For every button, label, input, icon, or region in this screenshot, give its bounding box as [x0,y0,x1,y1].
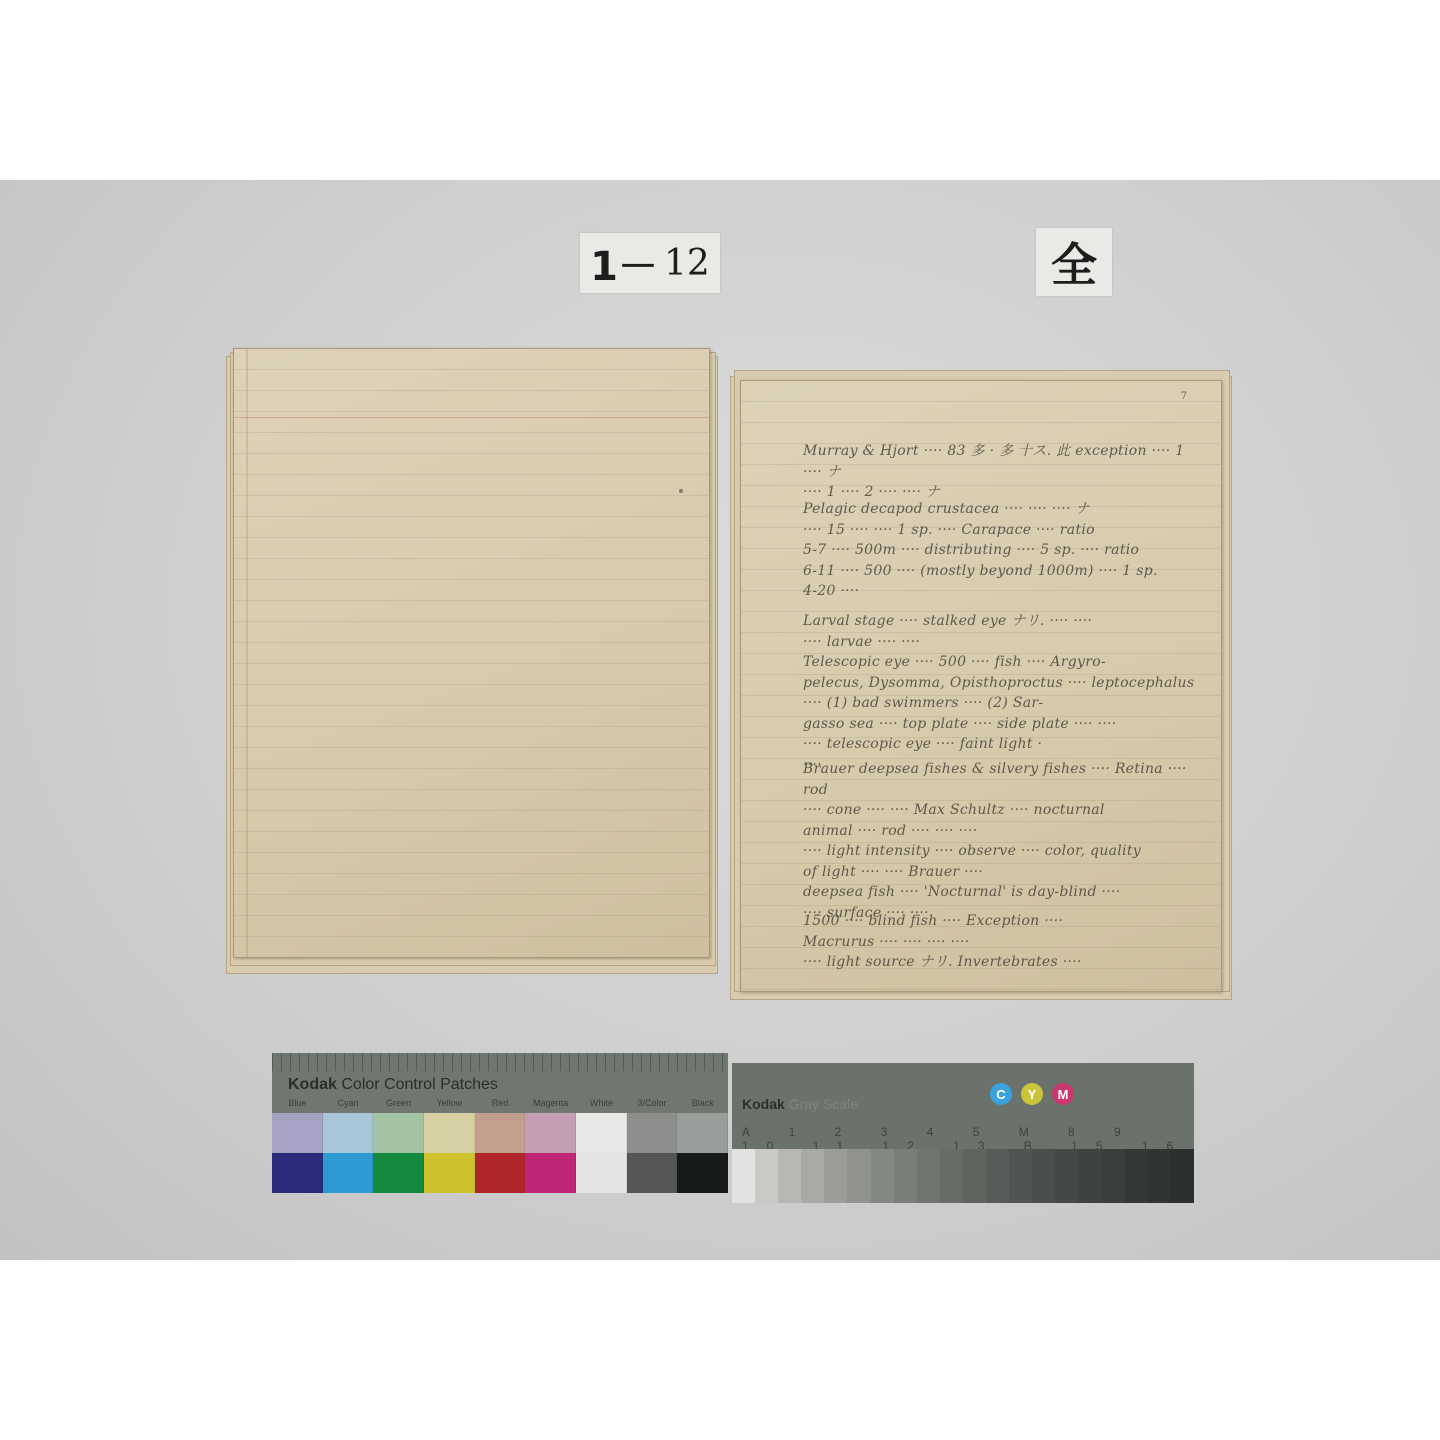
color-chart-subtitle: Color Control Patches [341,1076,498,1093]
color-chart-header: Kodak Color Control Patches BlueCyanGree… [272,1053,728,1113]
color-patch [627,1113,678,1153]
color-patch [475,1153,526,1193]
item-id-number: 12 [664,243,710,284]
color-patch [323,1153,374,1193]
cym-markers: CYM [990,1083,1074,1105]
gray-steps [732,1149,1194,1203]
handwritten-paragraph: Pelagic decapod crustacea ···· ···· ····… [803,499,1197,602]
gray-step [847,1149,870,1203]
patch-name: Cyan [323,1098,374,1108]
kodak-color-control-patches: Kodak Color Control Patches BlueCyanGree… [272,1053,728,1193]
kodak-gray-scale: CYM Kodak Gray Scale A 1 2 3 4 5 M 8 9 1… [732,1063,1194,1203]
completeness-label: 全 [1036,228,1112,296]
patch-name: Blue [272,1098,323,1108]
gray-step [1102,1149,1125,1203]
item-id-label: 1－ 12 [580,233,720,293]
gray-step [1125,1149,1148,1203]
handwritten-paragraph: Larval stage ···· stalked eye ナリ. ···· ·… [803,611,1197,775]
gray-step [755,1149,778,1203]
patch-name: Black [677,1098,728,1108]
color-patch [525,1153,576,1193]
color-patch [677,1113,728,1153]
patch-name: Green [373,1098,424,1108]
gray-scale-title: Kodak Gray Scale [742,1096,858,1112]
gray-step [778,1149,801,1203]
margin-line [234,417,709,418]
cym-marker-c: C [990,1083,1012,1105]
kodak-brand: Kodak [288,1076,337,1093]
cym-marker-m: M [1052,1083,1074,1105]
color-patch [424,1113,475,1153]
archive-photograph: 1－ 12 全 7 Murray & Hjort ···· 83 多 · 多 十… [0,180,1440,1260]
handwritten-paragraph: Brauer deepsea fishes & silvery fishes ·… [803,759,1197,923]
color-patch [627,1153,678,1193]
page-edge-shadow [246,349,248,957]
gray-step [963,1149,986,1203]
right-handwritten-page: 7 Murray & Hjort ···· 83 多 · 多 十ス. 此 exc… [740,380,1222,992]
color-patch [424,1153,475,1193]
page-mark [679,489,683,493]
gray-step [732,1149,755,1203]
ruler-scale [272,1053,728,1071]
patch-name: Yellow [424,1098,475,1108]
patch-name: White [576,1098,627,1108]
gray-scale-subtitle: Gray Scale [789,1096,858,1112]
left-blank-page [233,348,710,958]
gray-step [1171,1149,1194,1203]
gray-step [917,1149,940,1203]
patch-name: Red [475,1098,526,1108]
color-patch [272,1153,323,1193]
color-patch [475,1113,526,1153]
handwritten-paragraph: 1500 ···· blind fish ···· Exception ····… [803,911,1197,973]
color-patch [272,1113,323,1153]
item-id-prefix: 1－ [590,235,658,292]
gray-step [894,1149,917,1203]
patch-name: Magenta [525,1098,576,1108]
color-chart-title: Kodak Color Control Patches [288,1076,498,1094]
color-patch [525,1113,576,1153]
color-patch [373,1153,424,1193]
gray-step [1009,1149,1032,1203]
color-patch [373,1113,424,1153]
gray-step [986,1149,1009,1203]
gray-step [1055,1149,1078,1203]
cym-marker-y: Y [1021,1083,1043,1105]
gray-step [871,1149,894,1203]
color-patch [323,1113,374,1153]
patch-name: 3/Color [627,1098,678,1108]
color-patch [576,1113,627,1153]
kodak-brand: Kodak [742,1096,785,1112]
gray-step [1078,1149,1101,1203]
gray-step [801,1149,824,1203]
page-number: 7 [1181,391,1187,402]
gray-step [940,1149,963,1203]
patch-names: BlueCyanGreenYellowRedMagentaWhite3/Colo… [272,1098,728,1108]
handwritten-paragraph: Murray & Hjort ···· 83 多 · 多 十ス. 此 excep… [803,441,1197,503]
gray-step [1148,1149,1171,1203]
color-patch [677,1153,728,1193]
gray-step [1032,1149,1055,1203]
gray-step [824,1149,847,1203]
color-patch-grid [272,1113,728,1193]
color-patch [576,1153,627,1193]
